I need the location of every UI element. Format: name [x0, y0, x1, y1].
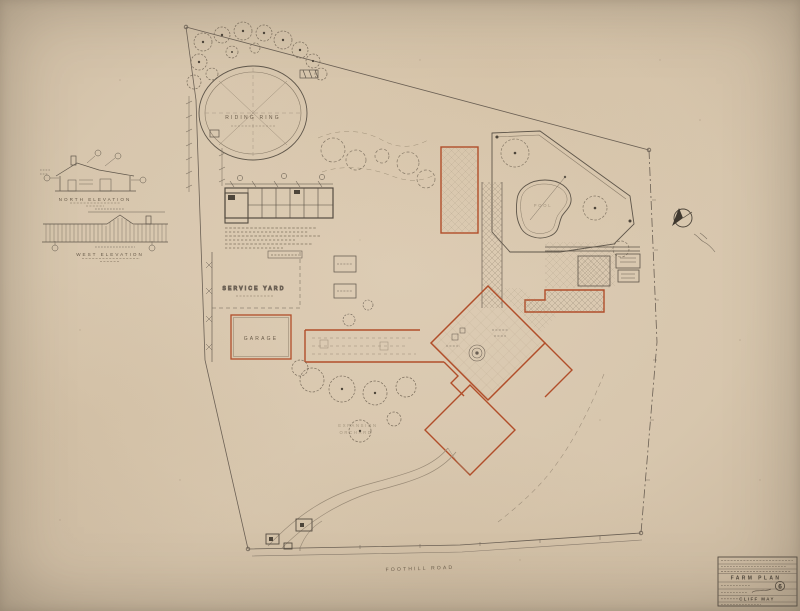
pool-label: POOL	[534, 203, 552, 208]
west-elevation-scale	[82, 259, 140, 262]
swimming-pool: POOL	[516, 176, 571, 238]
site-plan-drawing: RIDING RING	[0, 0, 800, 611]
pool-tree-dots	[514, 152, 597, 210]
service-yard-label: SERVICE YARD	[222, 286, 285, 292]
west-elevation-drawing	[42, 209, 168, 251]
west-terrace-detail	[312, 338, 416, 354]
west-elevation-label: WEST ELEVATION	[76, 252, 144, 257]
expansion-area-label: EXPANSION ORCHARD	[338, 423, 377, 435]
north-elevation-drawing	[40, 150, 146, 191]
pool-deck	[492, 131, 634, 252]
expansion-label-line1: EXPANSION	[338, 423, 377, 428]
riding-ring: RIDING RING	[199, 66, 307, 160]
gate-structures	[266, 519, 312, 549]
existing-tree-cluster-center	[321, 138, 435, 188]
contour-lines	[318, 131, 436, 180]
north-arrow-icon	[672, 208, 692, 227]
road-name-label: FOOTHILL ROAD	[386, 565, 455, 573]
garage: GARAGE	[231, 315, 291, 359]
handwritten-note	[694, 233, 715, 252]
garage-label: GARAGE	[244, 336, 279, 342]
sheet-number: 6	[778, 584, 782, 591]
stable-building	[225, 173, 333, 223]
dimension-chain-west	[186, 96, 225, 192]
title-block: FARM PLAN 6 CLIFF MAY	[718, 557, 797, 606]
north-elevation-scale	[70, 203, 120, 206]
stable-notes-text	[225, 228, 321, 258]
pool-area-trees	[501, 139, 629, 257]
trellis-garden	[545, 242, 640, 288]
driveway	[268, 374, 604, 548]
riding-ring-label: RIDING RING	[225, 115, 281, 121]
photographed-blueprint-sheet: { "drawing": { "labels": { "riding_ring"…	[0, 0, 800, 611]
north-elevation-label: NORTH ELEVATION	[59, 197, 132, 202]
sheet-title: FARM PLAN	[731, 576, 782, 582]
architect-name: CLIFF MAY	[739, 597, 775, 602]
expansion-label-line2: ORCHARD	[339, 430, 372, 435]
signature-scribble	[752, 589, 771, 593]
tree-grove-northwest	[187, 22, 327, 89]
